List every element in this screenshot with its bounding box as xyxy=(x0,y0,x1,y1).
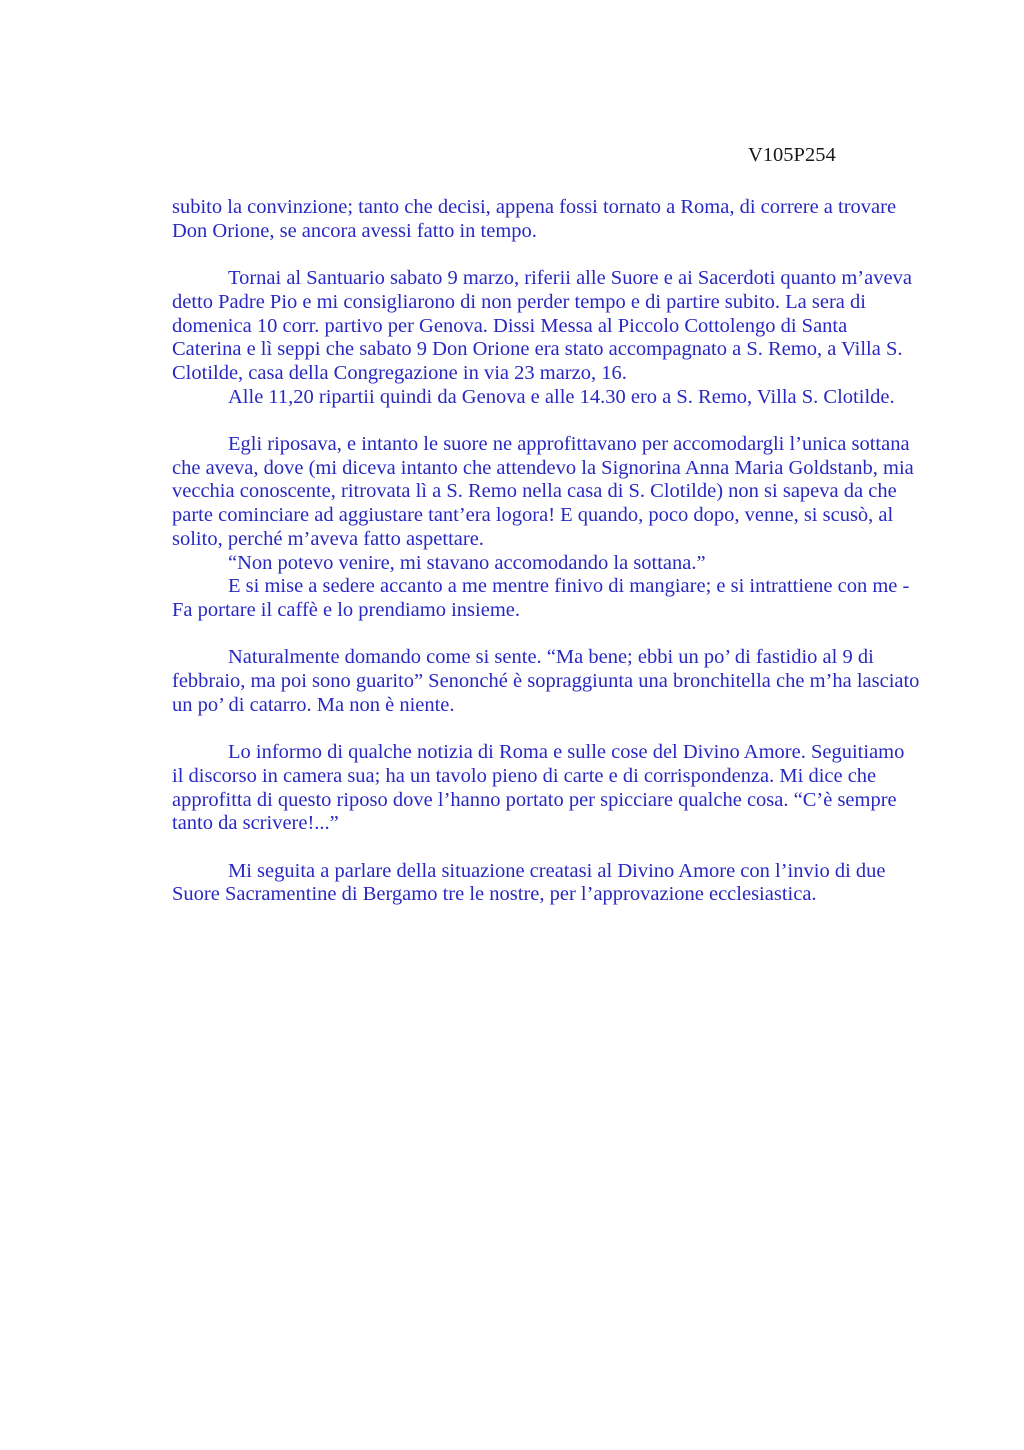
page-code: V105P254 xyxy=(748,144,836,168)
text-line: Fa portare il caffè e lo prendiamo insie… xyxy=(172,599,952,623)
text-line: subito la convinzione; tanto che decisi,… xyxy=(172,196,952,220)
text-line: il discorso in camera sua; ha un tavolo … xyxy=(172,765,952,789)
paragraph: “Non potevo venire, mi stavano accomodan… xyxy=(172,552,952,576)
text-line: E si mise a sedere accanto a me mentre f… xyxy=(172,575,952,599)
paragraph: Egli riposava, e intanto le suore ne app… xyxy=(172,433,952,552)
text-line: febbraio, ma poi sono guarito” Senonché … xyxy=(172,670,952,694)
text-line: detto Padre Pio e mi consigliarono di no… xyxy=(172,291,952,315)
document-body: subito la convinzione; tanto che decisi,… xyxy=(172,196,952,907)
paragraph: Mi seguita a parlare della situazione cr… xyxy=(172,860,952,907)
text-line: Lo informo di qualche notizia di Roma e … xyxy=(172,741,952,765)
text-line: Alle 11,20 ripartii quindi da Genova e a… xyxy=(172,386,952,410)
text-line: approfitta di questo riposo dove l’hanno… xyxy=(172,789,952,813)
paragraph: subito la convinzione; tanto che decisi,… xyxy=(172,196,952,243)
text-line: Egli riposava, e intanto le suore ne app… xyxy=(172,433,952,457)
text-line: Mi seguita a parlare della situazione cr… xyxy=(172,860,952,884)
text-line: vecchia conoscente, ritrovata lì a S. Re… xyxy=(172,480,952,504)
text-line: Clotilde, casa della Congregazione in vi… xyxy=(172,362,952,386)
text-line: un po’ di catarro. Ma non è niente. xyxy=(172,694,952,718)
text-line: Tornai al Santuario sabato 9 marzo, rife… xyxy=(172,267,952,291)
text-line: Naturalmente domando come si sente. “Ma … xyxy=(172,646,952,670)
paragraph: Alle 11,20 ripartii quindi da Genova e a… xyxy=(172,386,952,410)
text-line: Suore Sacramentine di Bergamo tre le nos… xyxy=(172,883,952,907)
paragraph: Tornai al Santuario sabato 9 marzo, rife… xyxy=(172,267,952,386)
paragraph: Lo informo di qualche notizia di Roma e … xyxy=(172,741,952,836)
text-line: Caterina e lì seppi che sabato 9 Don Ori… xyxy=(172,338,952,362)
text-line: che aveva, dove (mi diceva intanto che a… xyxy=(172,457,952,481)
text-line: “Non potevo venire, mi stavano accomodan… xyxy=(172,552,952,576)
text-line: parte cominciare ad aggiustare tant’era … xyxy=(172,504,952,528)
text-line: solito, perché m’aveva fatto aspettare. xyxy=(172,528,952,552)
text-line: tanto da scrivere!...” xyxy=(172,812,952,836)
text-line: Don Orione, se ancora avessi fatto in te… xyxy=(172,220,952,244)
document-page: V105P254 subito la convinzione; tanto ch… xyxy=(0,0,1024,1450)
text-line: domenica 10 corr. partivo per Genova. Di… xyxy=(172,315,952,339)
paragraph: Naturalmente domando come si sente. “Ma … xyxy=(172,646,952,717)
paragraph: E si mise a sedere accanto a me mentre f… xyxy=(172,575,952,622)
